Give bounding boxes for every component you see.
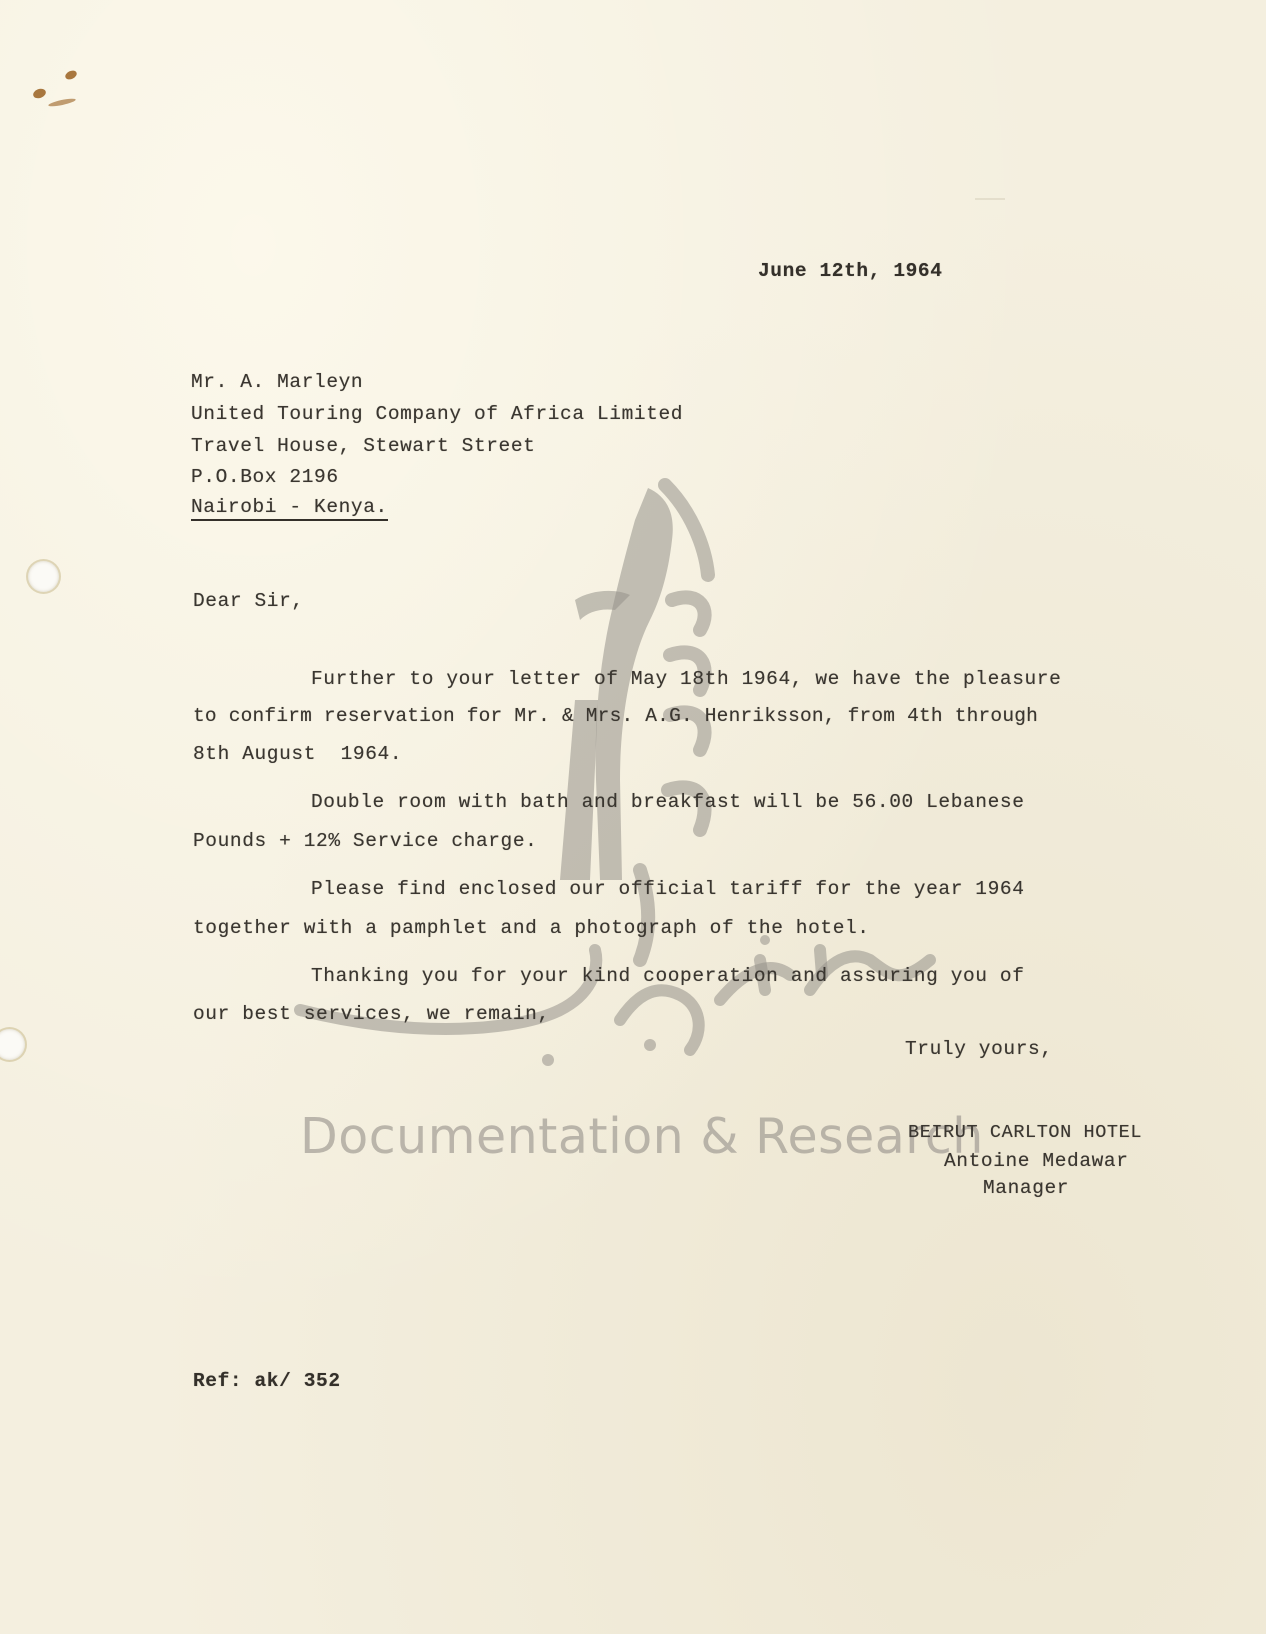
recipient-po-box: P.O.Box 2196: [191, 468, 339, 488]
rust-stain: [32, 87, 47, 100]
recipient-company: United Touring Company of Africa Limited: [191, 405, 683, 425]
body-line: Thanking you for your kind cooperation a…: [311, 967, 1025, 987]
body-line: 8th August 1964.: [193, 745, 402, 765]
letter-date: June 12th, 1964: [758, 262, 943, 282]
signature-name: Antoine Medawar: [944, 1152, 1129, 1172]
recipient-street: Travel House, Stewart Street: [191, 437, 535, 457]
body-line: our best services, we remain,: [193, 1005, 550, 1025]
watermark-text: Documentation & Research: [300, 1108, 984, 1165]
closing: Truly yours,: [905, 1040, 1053, 1060]
body-line: together with a pamphlet and a photograp…: [193, 919, 870, 939]
body-line: Double room with bath and breakfast will…: [311, 793, 1025, 813]
rust-stain: [48, 97, 76, 108]
body-line: to confirm reservation for Mr. & Mrs. A.…: [193, 707, 1038, 727]
rust-stain: [64, 69, 78, 81]
paper-mark: [975, 198, 1005, 200]
punch-hole: [0, 1029, 25, 1060]
body-line: Further to your letter of May 18th 1964,…: [311, 670, 1061, 690]
reference-number: Ref: ak/ 352: [193, 1372, 341, 1392]
salutation: Dear Sir,: [193, 592, 304, 612]
recipient-city: Nairobi - Kenya.: [191, 498, 388, 521]
watermark-logo: [0, 0, 1266, 1634]
signature-title: Manager: [983, 1179, 1069, 1199]
signature-organization: BEIRUT CARLTON HOTEL: [908, 1124, 1142, 1143]
recipient-name: Mr. A. Marleyn: [191, 373, 363, 393]
punch-hole: [28, 561, 59, 592]
body-line: Please find enclosed our official tariff…: [311, 880, 1025, 900]
body-line: Pounds + 12% Service charge.: [193, 832, 537, 852]
